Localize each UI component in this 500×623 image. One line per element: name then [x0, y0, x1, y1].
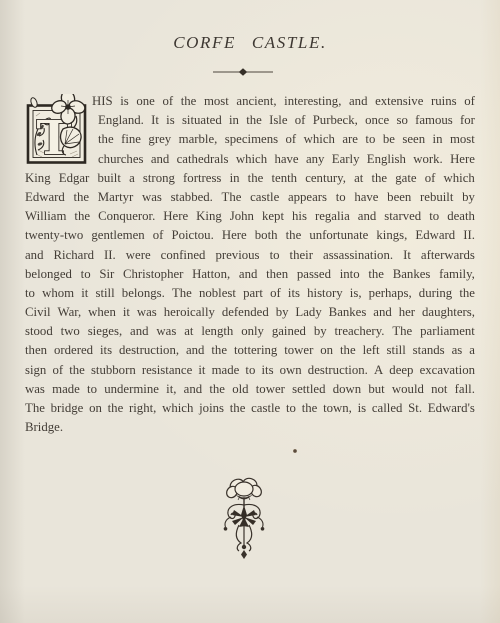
diamond-rule-divider-icon — [211, 67, 275, 77]
paragraph: T HISisoneofthemostancien — [25, 92, 475, 437]
text-line: belongedtoSirChristopherHatton,andthenpa… — [25, 265, 475, 284]
floral-tailpiece-icon — [220, 477, 268, 561]
text-line: EdwardtheMartyrwasstabbed.Thecastleappea… — [25, 188, 475, 207]
text-line: andRichardII.wereconfinedprevioustotheir… — [25, 246, 475, 265]
text-line: thenordereditsdestruction,andthetotterin… — [25, 341, 475, 360]
page-title: CORFE CASTLE. — [0, 33, 500, 53]
text-line: stoodtwosieges,andwasatlengthonlygainedb… — [25, 322, 475, 341]
text-line: churchesandcathedralswhichhaveanyEarlyEn… — [98, 150, 475, 169]
text-line: twenty-twogentlemenofPoictou.Hereboththe… — [25, 226, 475, 245]
text-line: Thebridgeontheright,whichjoinsthecastlet… — [25, 399, 475, 418]
text-line: signofthestubbornresistanceitmadetoitsow… — [25, 361, 475, 380]
ink-speck — [293, 449, 297, 453]
text-line: KingEdgarbuiltastrongfortressinthetenthc… — [25, 169, 475, 188]
text-line: thefinegreymarble,specimensofwhicharetob… — [98, 130, 475, 149]
text-line: towhomitstillbelongs.Thenoblestpartofits… — [25, 284, 475, 303]
book-page: CORFE CASTLE. — [0, 0, 500, 623]
text-line: WilliamtheConqueror.HereKingJohnkepthisr… — [25, 207, 475, 226]
text-line: wasmadetoundermineit,andtheoldtowersettl… — [25, 380, 475, 399]
text-line: England.ItissituatedintheIsleofPurbeck,o… — [98, 111, 475, 130]
text-line: HISisoneofthemostancient,interesting,and… — [92, 92, 475, 111]
text-line: CivilWar,whenitwasheroicallydefendedbyLa… — [25, 303, 475, 322]
ornate-initial-T-icon: T — [24, 94, 100, 170]
text-line: Bridge. — [25, 418, 475, 437]
